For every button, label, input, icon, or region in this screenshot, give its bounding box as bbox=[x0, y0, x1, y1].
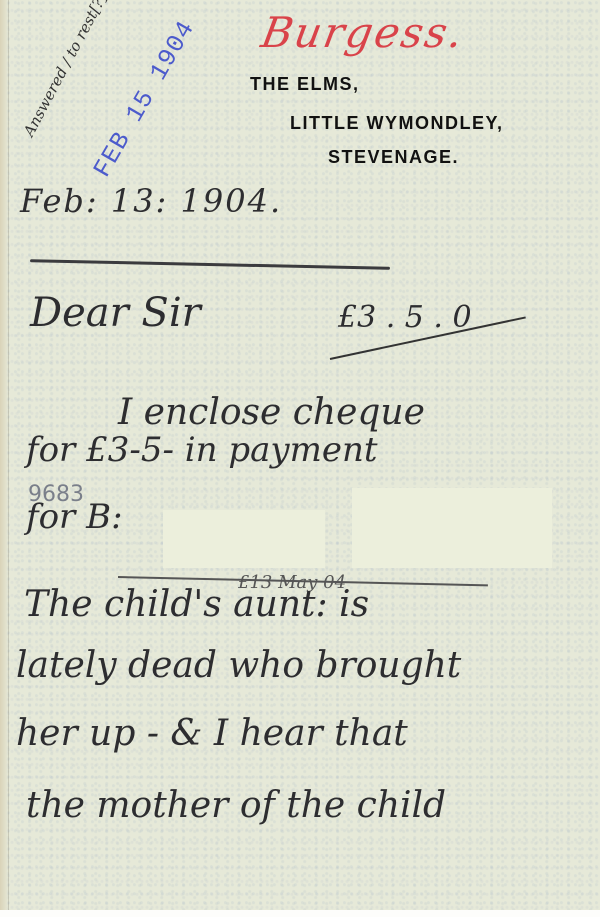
letterhead-line-2: LITTLE WYMONDLEY, bbox=[290, 113, 504, 134]
received-stamp-text: FEB 15 1904 bbox=[88, 16, 201, 183]
red-name-annotation: Burgess. bbox=[258, 8, 469, 57]
date-underline bbox=[30, 259, 390, 270]
letterhead-line-1: THE ELMS, bbox=[250, 74, 360, 95]
letter-line-7: the mother of the child bbox=[26, 785, 446, 826]
letterhead-line-3: STEVENAGE. bbox=[328, 147, 459, 168]
redaction-box-1 bbox=[163, 510, 325, 568]
letter-line-2: for £3-5- in payment bbox=[26, 430, 378, 470]
letter-line-3: for B: bbox=[26, 497, 123, 537]
letter-line-1: I enclose cheque bbox=[118, 392, 425, 433]
letter-date: Feb: 13: 1904. bbox=[20, 182, 282, 220]
redaction-box-2 bbox=[352, 488, 552, 568]
letter-line-4: The child's aunt: is bbox=[24, 584, 369, 625]
letter-line-6: her up - & I hear that bbox=[16, 713, 408, 754]
amount: £3 . 5 . 0 bbox=[338, 300, 472, 335]
page-fold-line bbox=[8, 0, 9, 910]
salutation: Dear Sir bbox=[30, 290, 201, 336]
letter-page: Burgess. Answered / to rest[?] ... / ret… bbox=[0, 0, 600, 910]
letter-line-5: lately dead who brought bbox=[16, 645, 461, 686]
page-bottom-edge bbox=[0, 910, 600, 917]
